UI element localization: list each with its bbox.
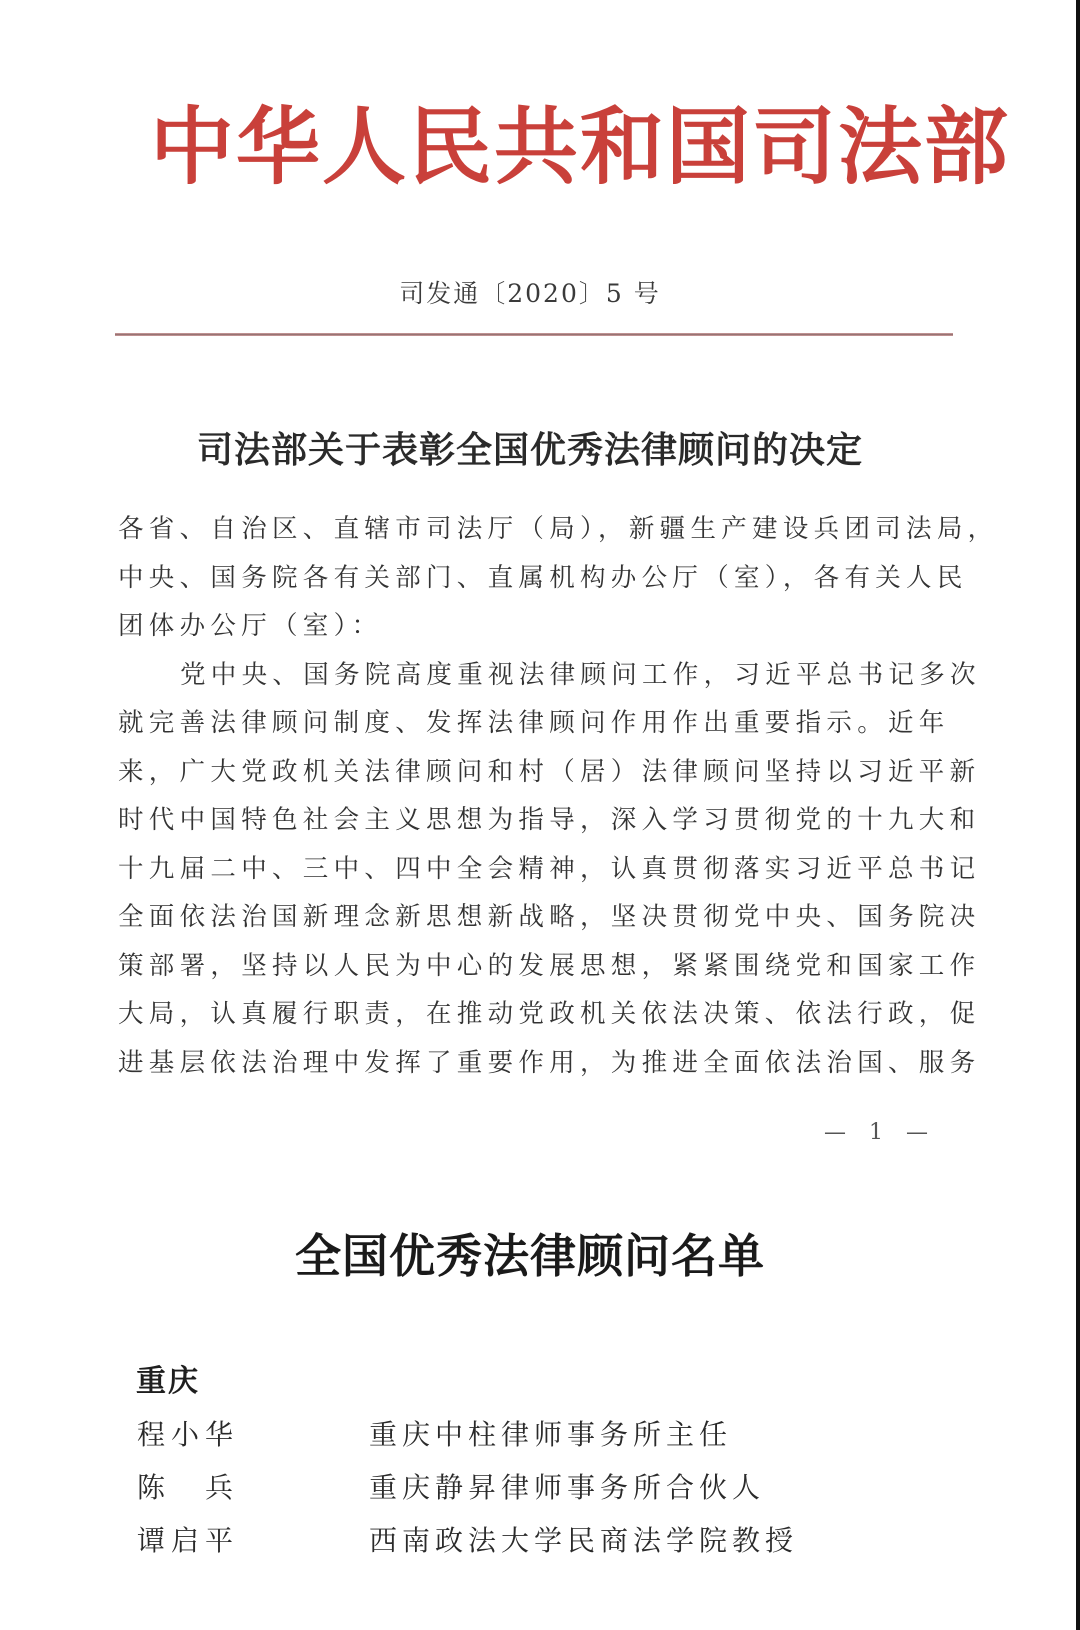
honoree-position: 重庆中柱律师事务所主任	[369, 1412, 732, 1458]
document-title: 司法部关于表彰全国优秀法律顾问的决定	[150, 425, 910, 475]
body-line: 党中央、国务院高度重视法律顾问工作，习近平总书记多次	[118, 651, 958, 700]
body-line: 进基层依法治理中发挥了重要作用，为推进全面依法治国、服务	[118, 1039, 958, 1088]
letterhead-divider	[115, 333, 953, 336]
body-line: 时代中国特色社会主义思想为指导，深入学习贯彻党的十九大和	[118, 796, 958, 845]
region-header: 重庆	[136, 1362, 200, 1402]
list-item: 谭启平 西南政法大学民商法学院教授	[137, 1518, 937, 1571]
body-line: 中央、国务院各有关部门、直属机构办公厅（室），各有关人民	[118, 554, 958, 603]
honor-list: 程小华 重庆中柱律师事务所主任 陈 兵 重庆静昇律师事务所合伙人 谭启平 西南政…	[137, 1412, 937, 1571]
list-item: 陈 兵 重庆静昇律师事务所合伙人	[137, 1465, 937, 1518]
body-line: 各省、自治区、直辖市司法厅（局），新疆生产建设兵团司法局，	[118, 505, 958, 554]
body-line: 十九届二中、三中、四中全会精神，认真贯彻落实习近平总书记	[118, 845, 958, 894]
page-number: — 1 —	[820, 1118, 940, 1148]
document-body: 各省、自治区、直辖市司法厅（局），新疆生产建设兵团司法局， 中央、国务院各有关部…	[118, 505, 958, 1087]
honoree-position: 西南政法大学民商法学院教授	[369, 1518, 798, 1564]
page-edge-border	[1076, 0, 1080, 1630]
list-item: 程小华 重庆中柱律师事务所主任	[137, 1412, 937, 1465]
body-line: 全面依法治国新理念新思想新战略，坚决贯彻党中央、国务院决	[118, 893, 958, 942]
document-number: 司发通〔2020〕5 号	[350, 276, 710, 312]
honoree-name: 程小华	[137, 1412, 239, 1458]
honoree-name: 陈 兵	[137, 1465, 239, 1511]
letterhead-issuer: 中华人民共和国司法部	[150, 92, 910, 202]
body-line: 就完善法律顾问制度、发挥法律顾问作用作出重要指示。近年	[118, 699, 958, 748]
honor-list-title: 全国优秀法律顾问名单	[200, 1225, 860, 1287]
honoree-position: 重庆静昇律师事务所合伙人	[369, 1465, 765, 1511]
body-line: 大局，认真履行职责，在推动党政机关依法决策、依法行政，促	[118, 990, 958, 1039]
body-line: 来，广大党政机关法律顾问和村（居）法律顾问坚持以习近平新	[118, 748, 958, 797]
honoree-name: 谭启平	[137, 1518, 239, 1564]
body-line: 策部署，坚持以人民为中心的发展思想，紧紧围绕党和国家工作	[118, 942, 958, 991]
body-line: 团体办公厅（室）：	[118, 602, 958, 651]
document-page: 中华人民共和国司法部 司发通〔2020〕5 号 司法部关于表彰全国优秀法律顾问的…	[0, 0, 1076, 1630]
